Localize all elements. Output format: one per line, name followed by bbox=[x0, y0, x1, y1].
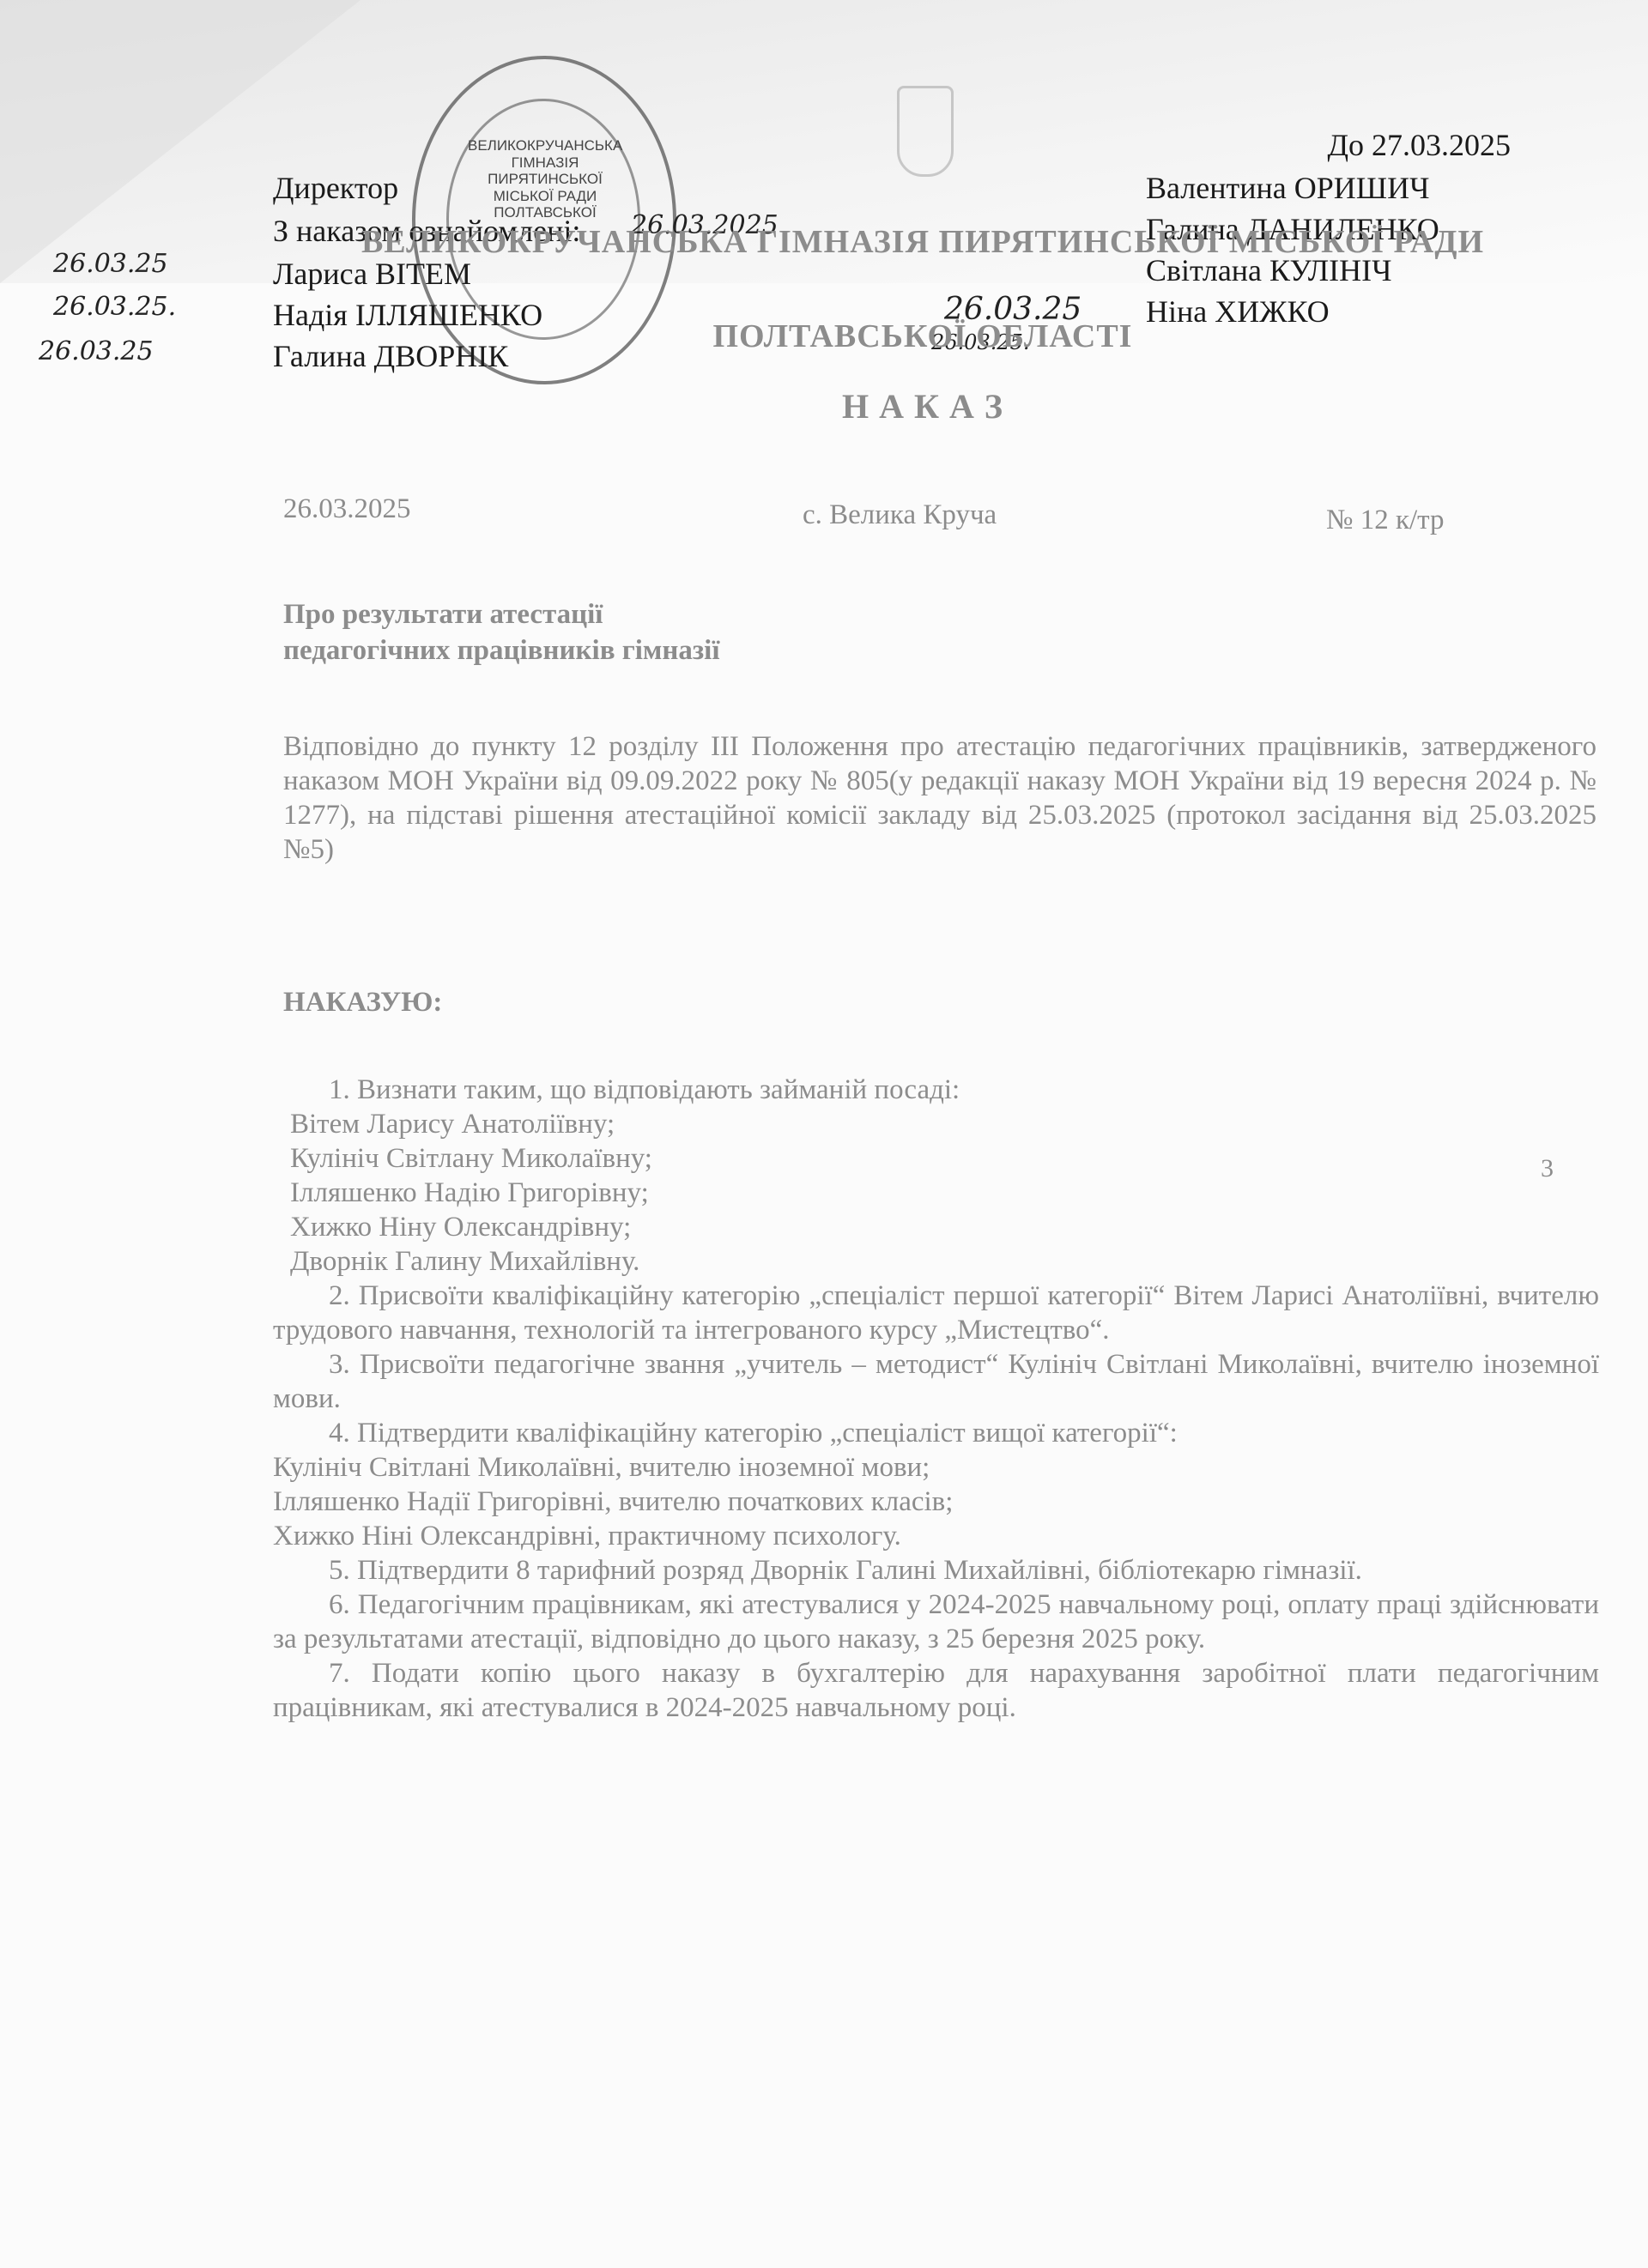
institution-region: ПОЛТАВСЬКОЇ ОБЛАСТІ bbox=[257, 318, 1588, 355]
institution-name: ВЕЛИКОКРУЧАНСЬКА ГІМНАЗІЯ ПИРЯТИНСЬКОЇ М… bbox=[257, 223, 1588, 261]
item-1-list: Вітем Ларису Анатоліївну; Кулініч Світла… bbox=[273, 1107, 1599, 1279]
list-item: Кулініч Світлані Миколаївні, вчителю іно… bbox=[273, 1450, 1599, 1485]
list-item: Вітем Ларису Анатоліївну; bbox=[290, 1107, 1599, 1141]
handwritten-date: 26.03.25 bbox=[39, 336, 154, 366]
coat-of-arms-icon bbox=[897, 86, 954, 177]
item-4: 4. Підтвердити кваліфікаційну категорію … bbox=[273, 1416, 1599, 1450]
signatory-name: Валентина ОРИШИЧ bbox=[1146, 167, 1439, 209]
list-item: Дворнік Галину Михайлівну. bbox=[290, 1244, 1599, 1279]
handwritten-date: 26.03.25. bbox=[53, 292, 176, 322]
handwritten-date: 26.03.25 bbox=[53, 249, 168, 279]
director-label: Директор bbox=[273, 167, 398, 209]
left-signatories: Лариса ВІТЕМ Надія ІЛЛЯШЕНКО Галина ДВОР… bbox=[273, 253, 542, 377]
list-item: Ілляшенко Надію Григорівну; bbox=[290, 1176, 1599, 1210]
item-4-list: Кулініч Світлані Миколаївні, вчителю іно… bbox=[273, 1450, 1599, 1553]
order-date: 26.03.2025 bbox=[283, 493, 411, 525]
margin-mark: 3 bbox=[1541, 1154, 1554, 1183]
item-3: 3. Присвоїти педагогічне звання „учитель… bbox=[273, 1347, 1599, 1416]
document-title: Н А К А З bbox=[257, 386, 1588, 426]
order-number: № 12 к/тр bbox=[1326, 505, 1445, 536]
item-2: 2. Присвоїти кваліфікаційну категорію „с… bbox=[273, 1279, 1599, 1347]
list-item: Ілляшенко Надії Григорівні, вчителю поча… bbox=[273, 1485, 1599, 1519]
order-place: с. Велика Круча bbox=[803, 499, 997, 531]
preamble: Відповідно до пункту 12 розділу ІІІ Поло… bbox=[283, 729, 1596, 867]
item-1: 1. Визнати таким, що відповідають займан… bbox=[273, 1073, 1599, 1107]
item-5: 5. Підтвердити 8 тарифний розряд Дворнік… bbox=[273, 1553, 1599, 1588]
subject-line: Про результати атестації bbox=[283, 596, 720, 632]
subject-line: педагогічних працівників гімназії bbox=[283, 632, 720, 668]
order-subject: Про результати атестації педагогічних пр… bbox=[283, 596, 720, 668]
list-item: Хижко Ніну Олександрівну; bbox=[290, 1210, 1599, 1244]
stamp-inner-text: ВЕЛИКОКРУЧАНСЬКА ГІМНАЗІЯ ПИРЯТИНСЬКОЇ М… bbox=[468, 137, 622, 221]
list-item: Хижко Ніні Олександрівні, практичному пс… bbox=[273, 1519, 1599, 1553]
deadline: До 27.03.2025 bbox=[1327, 124, 1511, 166]
order-word: НАКАЗУЮ: bbox=[283, 987, 442, 1019]
item-7: 7. Подати копію цього наказу в бухгалтер… bbox=[273, 1656, 1599, 1725]
order-items: 1. Визнати таким, що відповідають займан… bbox=[273, 1073, 1599, 1725]
item-6: 6. Педагогічним працівникам, які атестув… bbox=[273, 1588, 1599, 1656]
list-item: Кулініч Світлану Миколаївну; bbox=[290, 1141, 1599, 1176]
